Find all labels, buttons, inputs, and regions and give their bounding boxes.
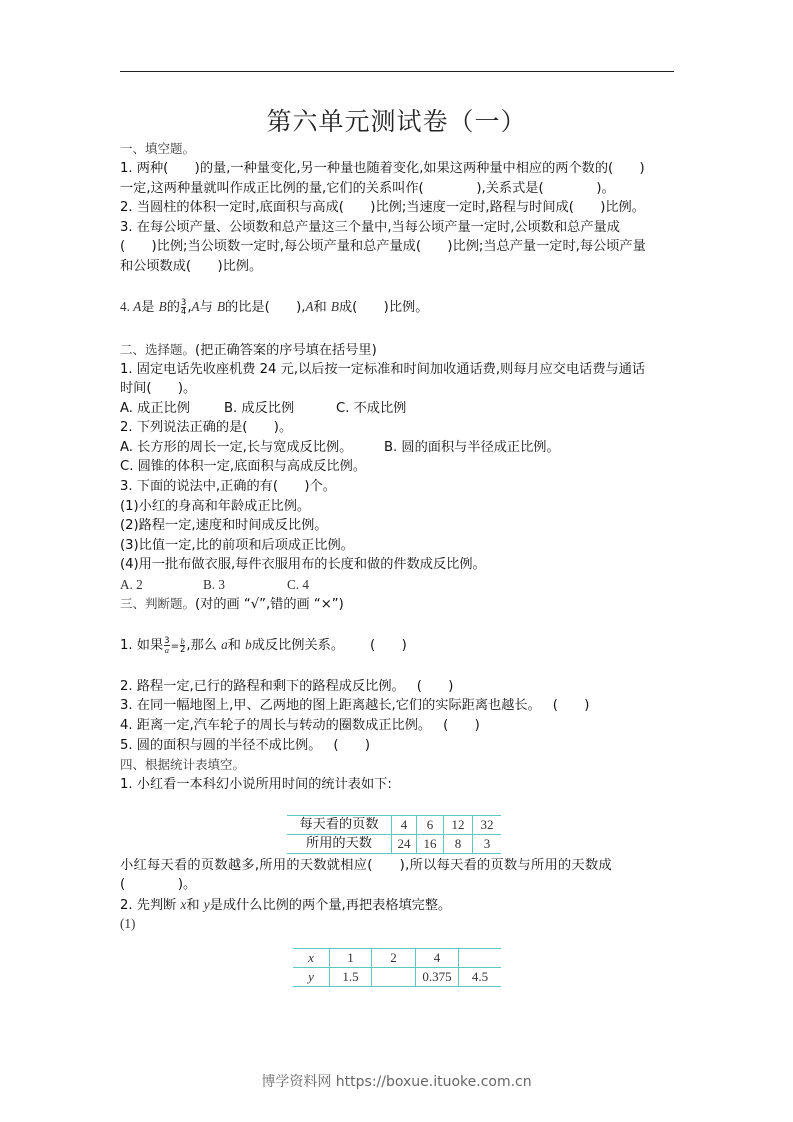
section-4-heading: 四、根据统计表填空。 (120, 755, 245, 774)
option-b: B. 成反比例 (224, 399, 336, 418)
answer-paren: ( ) (417, 679, 454, 694)
page-title: 第六单元测试卷（一） (0, 102, 793, 138)
q2-3-line-4: (3)比值一定,比的前项和后项成正比例。 (120, 536, 354, 555)
table-row: x 1 2 4 (293, 949, 501, 968)
answer-paren: ( ) (333, 738, 370, 753)
answer-paren: ( ) (553, 698, 590, 713)
option-c: C. 4 (287, 577, 309, 592)
header-rule (120, 71, 674, 72)
option-c: C. 不成比例 (336, 401, 406, 416)
section-2-heading: 二、选择题。(把正确答案的序号填在括号里) (120, 340, 377, 360)
fraction-b-2: b2 (180, 637, 185, 654)
option-b: B. 圆的面积与半径成正比例。 (384, 440, 560, 455)
q4-1-line-2: ( )。 (120, 875, 196, 894)
reading-table: 每天看的页数 4 6 12 32 所用的天数 24 16 8 3 (287, 815, 501, 854)
footer-watermark: 博学资料网 https://boxue.ituoke.com.cn (0, 1071, 793, 1091)
option-a: A. 2 (120, 575, 203, 594)
q1-3-line-1: 3. 在每公顷产量、公顷数和总产量这三个量中,当每公顷产量一定时,公顷数和总产量… (120, 218, 620, 237)
q2-2-options-ab: A. 长方形的周长一定,长与宽成反比例。B. 圆的面积与半径成正比例。 (120, 438, 560, 457)
fraction-3-4: 34 (181, 299, 186, 316)
q4-1-line-1: 小红每天看的页数越多,所用的天数就相应( ),所以每天看的页数与所用的天数成 (120, 856, 612, 875)
table-row: y 1.5 0.375 4.5 (293, 968, 501, 987)
q4-1-intro: 1. 小红看一本科幻小说所用时间的统计表如下: (120, 775, 392, 794)
q4-2-intro: 2. 先判断 x和 y是成什么比例的两个量,再把表格填完整。 (120, 895, 451, 915)
q3-5: 5. 圆的面积与圆的半径不成比例。( ) (120, 736, 370, 755)
answer-paren: ( ) (443, 718, 480, 733)
section-3-heading: 三、判断题。(对的画 “√”,错的画 “×”) (120, 594, 344, 614)
q1-3-line-2: ( )比例;当公顷数一定时,每公顷产量和总产量成( )比例;当总产量一定时,每公… (120, 237, 646, 256)
q3-2: 2. 路程一定,已行的路程和剩下的路程成反比例。( ) (120, 677, 453, 696)
fraction-3-a: 3a (164, 637, 169, 654)
q2-3-line-2: (1)小红的身高和年龄成正比例。 (120, 497, 310, 516)
answer-paren: ( ) (370, 638, 407, 653)
q1-1-line-2: 一定,这两种量就叫作成正比例的量,它们的关系叫作( ),关系式是( )。 (120, 179, 615, 198)
option-a: A. 成正比例 (120, 399, 224, 418)
q2-2-line-1: 2. 下列说法正确的是( )。 (120, 418, 292, 437)
q4-2-sub-1: (1) (120, 914, 135, 933)
table-row: 每天看的页数 4 6 12 32 (287, 816, 501, 835)
q2-1-line-1: 1. 固定电话先收座机费 24 元,以后按一定标准和时间加收通话费,则每月应交电… (120, 360, 645, 379)
q1-4: 4. A是 B的34,A与 B的比是( ),A和 B成( )比例。 (120, 297, 428, 317)
q2-1-options: A. 成正比例B. 成反比例C. 不成比例 (120, 399, 406, 418)
q1-3-line-3: 和公顷数成( )比例。 (120, 257, 262, 276)
q2-3-line-1: 3. 下面的说法中,正确的有( )个。 (120, 477, 336, 496)
xy-table: x 1 2 4 y 1.5 0.375 4.5 (293, 948, 501, 987)
q2-3-line-5: (4)用一批布做衣服,每件衣服用布的长度和做的件数成反比例。 (120, 555, 486, 574)
q2-1-line-2: 时间( )。 (120, 379, 196, 398)
section-1-heading: 一、填空题。 (120, 139, 195, 158)
table-row: 所用的天数 24 16 8 3 (287, 835, 501, 854)
q2-3-options: A. 2B. 3C. 4 (120, 575, 309, 594)
q3-3: 3. 在同一幅地图上,甲、乙两地的图上距离越长,它们的实际距离也越长。( ) (120, 696, 589, 715)
option-a: A. 长方形的周长一定,长与宽成反比例。 (120, 438, 384, 457)
q2-2-option-c: C. 圆锥的体积一定,底面积与高成反比例。 (120, 457, 366, 476)
q2-3-line-3: (2)路程一定,速度和时间成反比例。 (120, 516, 328, 535)
q1-1-line-1: 1. 两种( )的量,一种量变化,另一种量也随着变化,如果这两种量中相应的两个数… (120, 159, 645, 178)
q3-1: 1. 如果3a=b2,那么 a和 b成反比例关系。( ) (120, 635, 407, 656)
q1-2-line-1: 2. 当圆柱的体积一定时,底面积与高成( )比例;当速度一定时,路程与时间成( … (120, 198, 645, 217)
q3-4: 4. 距离一定,汽车轮子的周长与转动的圈数成正比例。( ) (120, 716, 480, 735)
option-b: B. 3 (203, 575, 287, 594)
